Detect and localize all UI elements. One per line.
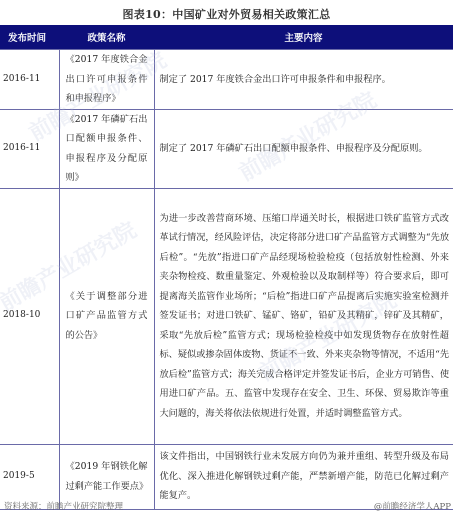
policy-table: 发布时间 政策名称 主要内容 2016-11 《2017 年度铁合金出口许可申报… bbox=[0, 25, 453, 510]
row-policy-name: 《2017 年磷矿石出口配额申报条件、申报程序及分配原则》 bbox=[59, 109, 154, 188]
header-main-content: 主要内容 bbox=[154, 25, 453, 50]
header-date: 发布时间 bbox=[0, 25, 59, 50]
row-date: 2016-11 bbox=[0, 50, 59, 110]
table-row: 2016-11 《2017 年磷矿石出口配额申报条件、申报程序及分配原则》 制定… bbox=[0, 109, 453, 188]
table-row: 2016-11 《2017 年度铁合金出口许可申报条件和申报程序》 制定了 20… bbox=[0, 50, 453, 110]
chart-title: 图表10：中国矿业对外贸易相关政策汇总 bbox=[0, 6, 453, 22]
row-date: 2016-11 bbox=[0, 109, 59, 188]
source-note: 资料来源：前瞻产业研究院整理 bbox=[4, 500, 123, 512]
header-policy-name: 政策名称 bbox=[59, 25, 154, 50]
row-policy-name: 《关于调整部分进口矿产品监管方式的公告》 bbox=[59, 188, 154, 444]
table-row: 2018-10 《关于调整部分进口矿产品监管方式的公告》 为进一步改善营商环境、… bbox=[0, 188, 453, 444]
table-header-row: 发布时间 政策名称 主要内容 bbox=[0, 25, 453, 50]
row-date: 2018-10 bbox=[0, 188, 59, 444]
row-content: 制定了 2017 年磷矿石出口配额申报条件、申报程序及分配原则。 bbox=[154, 109, 453, 188]
row-content: 为进一步改善营商环境、压缩口岸通关时长，根据进口铁矿监管方式改革试行情况，经风险… bbox=[154, 188, 453, 444]
row-content: 制定了 2017 年度铁合金出口许可申报条件和申报程序。 bbox=[154, 50, 453, 110]
credit-note: @前瞻经济学人APP bbox=[374, 500, 451, 512]
row-policy-name: 《2017 年度铁合金出口许可申报条件和申报程序》 bbox=[59, 50, 154, 110]
